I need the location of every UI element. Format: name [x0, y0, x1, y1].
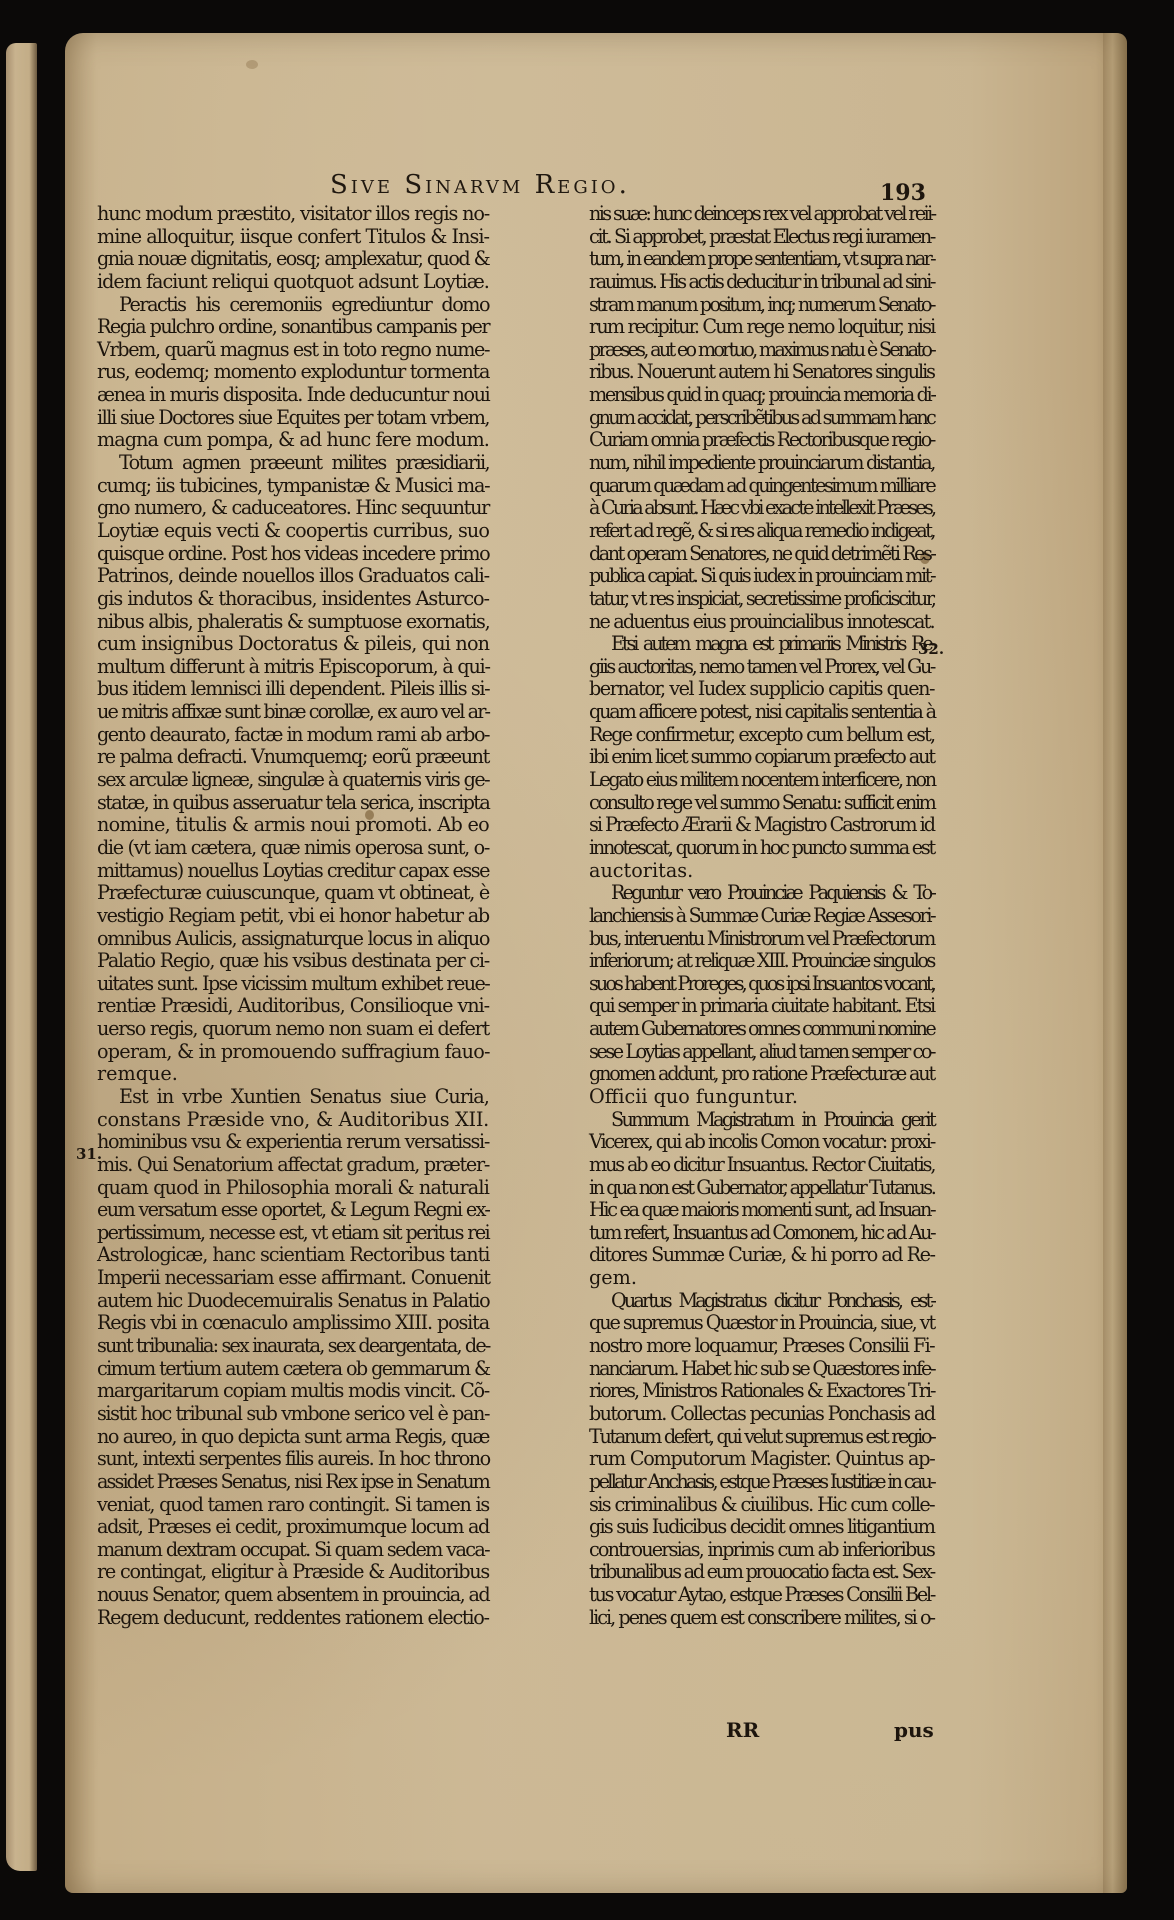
text-line: uerso regis, quorum nemo non suam ei def…	[97, 1018, 489, 1041]
text-line: statæ, in quibus asseruatur tela serica,…	[97, 792, 489, 815]
text-line: sis criminalibus & ciuilibus. Hic cum co…	[589, 1494, 934, 1517]
text-line: sunt, intexti serpentes filis aureis. In…	[97, 1448, 489, 1471]
text-line: nanciarum. Habet hic sub se Quæstores in…	[589, 1358, 934, 1381]
catchword: pus	[894, 1718, 934, 1742]
text-line: quarum quædam ad quingentesimum milliare	[589, 475, 934, 498]
text-line: que supremus Quæstor in Prouincia, siue,…	[589, 1312, 934, 1335]
text-line: gem.	[589, 1267, 934, 1290]
signature-mark: RR	[726, 1718, 759, 1742]
text-line: Præfecturæ cuiuscunque, quam vt obtineat…	[97, 882, 489, 905]
text-line: rauimus. His actis deducitur in tribunal…	[589, 271, 934, 294]
text-line: Legato eius militem nocentem interficere…	[589, 769, 934, 792]
text-line: veniat, quod tamen raro contingit. Si ta…	[97, 1494, 489, 1517]
text-line: rentiæ Præsidi, Auditoribus, Consilioque…	[97, 995, 489, 1018]
text-line: remque.	[97, 1063, 489, 1086]
margin-note-left: 31.	[76, 1145, 102, 1163]
text-line: pellatur Anchasis, estque Præses Iustiti…	[589, 1471, 934, 1494]
text-line: Regia pulchro ordine, sonantibus campani…	[97, 316, 489, 339]
text-line: Rege confirmetur, excepto cum bellum est…	[589, 724, 934, 747]
text-line: gis suis Iudicibus decidit omnes litigan…	[589, 1516, 934, 1539]
text-line: gnia nouæ dignitatis, eosq; amplexatur, …	[97, 248, 489, 271]
text-line: Palatio Regio, quæ his vsibus destinata …	[97, 950, 489, 973]
text-line: nostro more loquamur, Præses Consilii Fi…	[589, 1335, 934, 1358]
text-line: Vrbem, quarũ magnus est in toto regno nu…	[97, 339, 489, 362]
text-line: re contingat, eligitur à Præside & Audit…	[97, 1561, 489, 1584]
text-line: riores, Ministros Rationales & Exactores…	[589, 1380, 934, 1403]
text-line: sunt tribunalia: sex inaurata, sex dearg…	[97, 1335, 489, 1358]
text-line: cum insignibus Doctoratus & pileis, qui …	[97, 633, 489, 656]
text-line: Curiam omnia præfectis Rectoribusque reg…	[589, 429, 934, 452]
text-line: Imperii necessariam esse affirmant. Conu…	[97, 1267, 489, 1290]
text-line: magna cum pompa, & ad hunc fere modum.	[97, 429, 489, 452]
text-line: mus ab eo dicitur Insuantus. Rector Ciui…	[589, 1154, 934, 1177]
running-head: Sive Sinarvm Regio.	[330, 170, 710, 202]
text-line: multum differunt à mitris Episcoporum, à…	[97, 656, 489, 679]
text-line: constans Præside vno, & Auditoribus XII.	[97, 1109, 489, 1132]
text-line: in qua non est Gubernator, appellatur Tu…	[589, 1177, 934, 1200]
text-line: inferiorum; at reliquæ XIII. Prouinciæ s…	[589, 950, 934, 973]
text-line: Etsi autem magna est primariis Ministris…	[589, 633, 934, 656]
text-line: ne aduentus eius prouincialibus innotesc…	[589, 611, 934, 634]
text-line: num, nihil impediente prouinciarum dista…	[589, 452, 934, 475]
text-line: mensibus quid in quaq; prouincia memoria…	[589, 384, 934, 407]
text-line: nibus albis, phaleratis & sumptuose exor…	[97, 611, 489, 634]
text-line: cimum tertium autem cætera ob gemmarum &	[97, 1358, 489, 1381]
text-line: hunc modum præstito, visitator illos reg…	[97, 203, 489, 226]
text-line: bernator, vel Iudex supplicio capitis qu…	[589, 678, 934, 701]
right-column: nis suæ: hunc deinceps rex vel approbat …	[589, 203, 934, 1629]
text-line: tatur, vt res inspiciat, secretissime pr…	[589, 588, 934, 611]
text-line: Tutanum defert, qui velut supremus est r…	[589, 1426, 934, 1449]
margin-note-right: 32.	[918, 640, 944, 658]
text-line: eum versatum esse oportet, & Legum Regni…	[97, 1199, 489, 1222]
text-line: refert ad regẽ, & si res aliqua remedio …	[589, 520, 934, 543]
text-line: si Præfecto Ærarii & Magistro Castrorum …	[589, 814, 934, 837]
text-line: gno numero, & caduceatores. Hinc sequunt…	[97, 497, 489, 520]
text-line: præses, aut eo mortuo, maximus natu è Se…	[589, 339, 934, 362]
text-line: controuersias, inprimis cum ab inferiori…	[589, 1539, 934, 1562]
text-line: mine alloquitur, iisque confert Titulos …	[97, 226, 489, 249]
text-line: Peractis his ceremoniis egrediuntur domo	[97, 294, 489, 317]
text-line: stram manum positum, inq; numerum Senato…	[589, 294, 934, 317]
text-line: operam, & in promouendo suffragium fauo-	[97, 1041, 489, 1064]
text-line: idem faciunt reliqui quotquot adsunt Loy…	[97, 271, 489, 294]
text-line: re palma defracti. Vnumquemq; eorũ præeu…	[97, 746, 489, 769]
text-line: cumq; iis tubicines, tympanistæ & Musici…	[97, 475, 489, 498]
text-line: auctoritas.	[589, 860, 934, 883]
text-line: rum recipitur. Cum rege nemo loquitur, n…	[589, 316, 934, 339]
text-line: ue mitris affixæ sunt binæ corollæ, ex a…	[97, 701, 489, 724]
text-line: assidet Præses Senatus, nisi Rex ipse in…	[97, 1471, 489, 1494]
text-line: quam afficere potest, nisi capitalis sen…	[589, 701, 934, 724]
text-line: giis auctoritas, nemo tamen vel Prorex, …	[589, 656, 934, 679]
text-line: Patrinos, deinde nouellos illos Graduato…	[97, 565, 489, 588]
text-line: rus, eodemq; momento exploduntur torment…	[97, 361, 489, 384]
text-line: tribunalibus ad eum prouocatio facta est…	[589, 1561, 934, 1584]
text-line: hominibus vsu & experientia rerum versat…	[97, 1131, 489, 1154]
text-line: Summum Magistratum in Prouincia gerit	[589, 1109, 934, 1132]
text-line: vestigio Regiam petit, vbi ei honor habe…	[97, 905, 489, 928]
text-line: ænea in muris disposita. Inde deducuntur…	[97, 384, 489, 407]
text-line: Est in vrbe Xuntien Senatus siue Curia,	[97, 1086, 489, 1109]
text-line: Reguntur vero Prouinciæ Paquiensis & To-	[589, 882, 934, 905]
text-line: à Curia absunt. Hæc vbi exacte intellexi…	[589, 497, 934, 520]
text-line: consulto rege vel summo Senatu: sufficit…	[589, 792, 934, 815]
ink-spot	[246, 60, 258, 69]
text-line: suos habent Proreges, quos ipsi Insuanto…	[589, 973, 934, 996]
text-line: pertissimum, necesse est, vt etiam sit p…	[97, 1222, 489, 1245]
text-line: gnum accidat, perscribẽtibus ad summam h…	[589, 407, 934, 430]
text-line: gento deaurato, factæ in modum rami ab a…	[97, 724, 489, 747]
text-line: sex arculæ ligneæ, singulæ à quaternis v…	[97, 769, 489, 792]
text-line: Officii quo funguntur.	[589, 1086, 934, 1109]
text-line: Astrologicæ, hanc scientiam Rectoribus t…	[97, 1244, 489, 1267]
page-fore-edge	[1103, 33, 1127, 1893]
text-line: lici, penes quem est conscribere milites…	[589, 1607, 934, 1630]
text-line: rum Computorum Magister. Quintus ap-	[589, 1448, 934, 1471]
previous-page-edge	[6, 43, 37, 1871]
text-line: dant operam Senatores, ne quid detrimẽti…	[589, 543, 934, 566]
text-line: tus vocatur Aytao, estque Præses Consili…	[589, 1584, 934, 1607]
text-line: omnibus Aulicis, assignaturque locus in …	[97, 928, 489, 951]
text-line: die (vt iam cætera, quæ nimis operosa su…	[97, 837, 489, 860]
left-column: hunc modum præstito, visitator illos reg…	[97, 203, 489, 1629]
text-line: Totum agmen præeunt milites præsidiarii,	[97, 452, 489, 475]
text-line: cit. Si approbet, præstat Electus regi i…	[589, 226, 934, 249]
text-line: bus itidem lemnisci illi dependent. Pile…	[97, 678, 489, 701]
text-line: autem Gubernatores omnes communi nomine	[589, 1018, 934, 1041]
text-line: manum dextram occupat. Si quam sedem vac…	[97, 1539, 489, 1562]
text-line: nis suæ: hunc deinceps rex vel approbat …	[589, 203, 934, 226]
text-line: Quartus Magistratus dicitur Ponchasis, e…	[589, 1290, 934, 1313]
text-line: autem hic Duodecemuiralis Senatus in Pal…	[97, 1290, 489, 1313]
text-line: gis indutos & thoracibus, insidentes Ast…	[97, 588, 489, 611]
text-line: Regis vbi in cœnaculo amplissimo XIII. p…	[97, 1312, 489, 1335]
text-line: ditores Summæ Curiæ, & hi porro ad Re-	[589, 1244, 934, 1267]
text-line: sese Loytias appellant, aliud tamen semp…	[589, 1041, 934, 1064]
text-line: qui semper in primaria ciuitate habitant…	[589, 995, 934, 1018]
text-line: bus, interuentu Ministrorum vel Præfecto…	[589, 928, 934, 951]
text-line: tum refert, Insuantus ad Comonem, hic ad…	[589, 1222, 934, 1245]
text-line: adsit, Præses ei cedit, proximumque locu…	[97, 1516, 489, 1539]
text-line: nomine, titulis & armis noui promoti. Ab…	[97, 814, 489, 837]
text-line: nouus Senator, quem absentem in prouinci…	[97, 1584, 489, 1607]
text-line: mis. Qui Senatorium affectat gradum, præ…	[97, 1154, 489, 1177]
text-line: mittamus) nouellus Loytias creditur capa…	[97, 860, 489, 883]
text-line: Hic ea quæ maioris momenti sunt, ad Insu…	[589, 1199, 934, 1222]
text-line: publica capiat. Si quis iudex in prouinc…	[589, 565, 934, 588]
text-line: ribus. Nouerunt autem hi Senatores singu…	[589, 361, 934, 384]
text-line: Vicerex, qui ab incolis Comon vocatur: p…	[589, 1131, 934, 1154]
text-line: tum, in eandem prope sententiam, vt supr…	[589, 248, 934, 271]
text-line: ibi enim licet summo copiarum præfecto a…	[589, 746, 934, 769]
text-line: Loytiæ equis vecti & coopertis curribus,…	[97, 520, 489, 543]
text-line: sistit hoc tribunal sub vmbone serico ve…	[97, 1403, 489, 1426]
text-line: butorum. Collectas pecunias Ponchasis ad	[589, 1403, 934, 1426]
text-line: quisque ordine. Post hos videas incedere…	[97, 543, 489, 566]
text-line: no aureo, in quo depicta sunt arma Regis…	[97, 1426, 489, 1449]
text-line: Regem deducunt, reddentes rationem elect…	[97, 1607, 489, 1630]
text-line: illi siue Doctores siue Equites per tota…	[97, 407, 489, 430]
text-line: uitates sunt. Ipse vicissim multum exhib…	[97, 973, 489, 996]
text-line: innotescat, quorum in hoc puncto summa e…	[589, 837, 934, 860]
text-line: margaritarum copiam multis modis vincit.…	[97, 1380, 489, 1403]
text-line: gnomen addunt, pro ratione Præfecturæ au…	[589, 1063, 934, 1086]
text-line: quam quod in Philosophia morali & natura…	[97, 1177, 489, 1200]
text-line: lanchiensis à Summæ Curiæ Regiæ Assesori…	[589, 905, 934, 928]
